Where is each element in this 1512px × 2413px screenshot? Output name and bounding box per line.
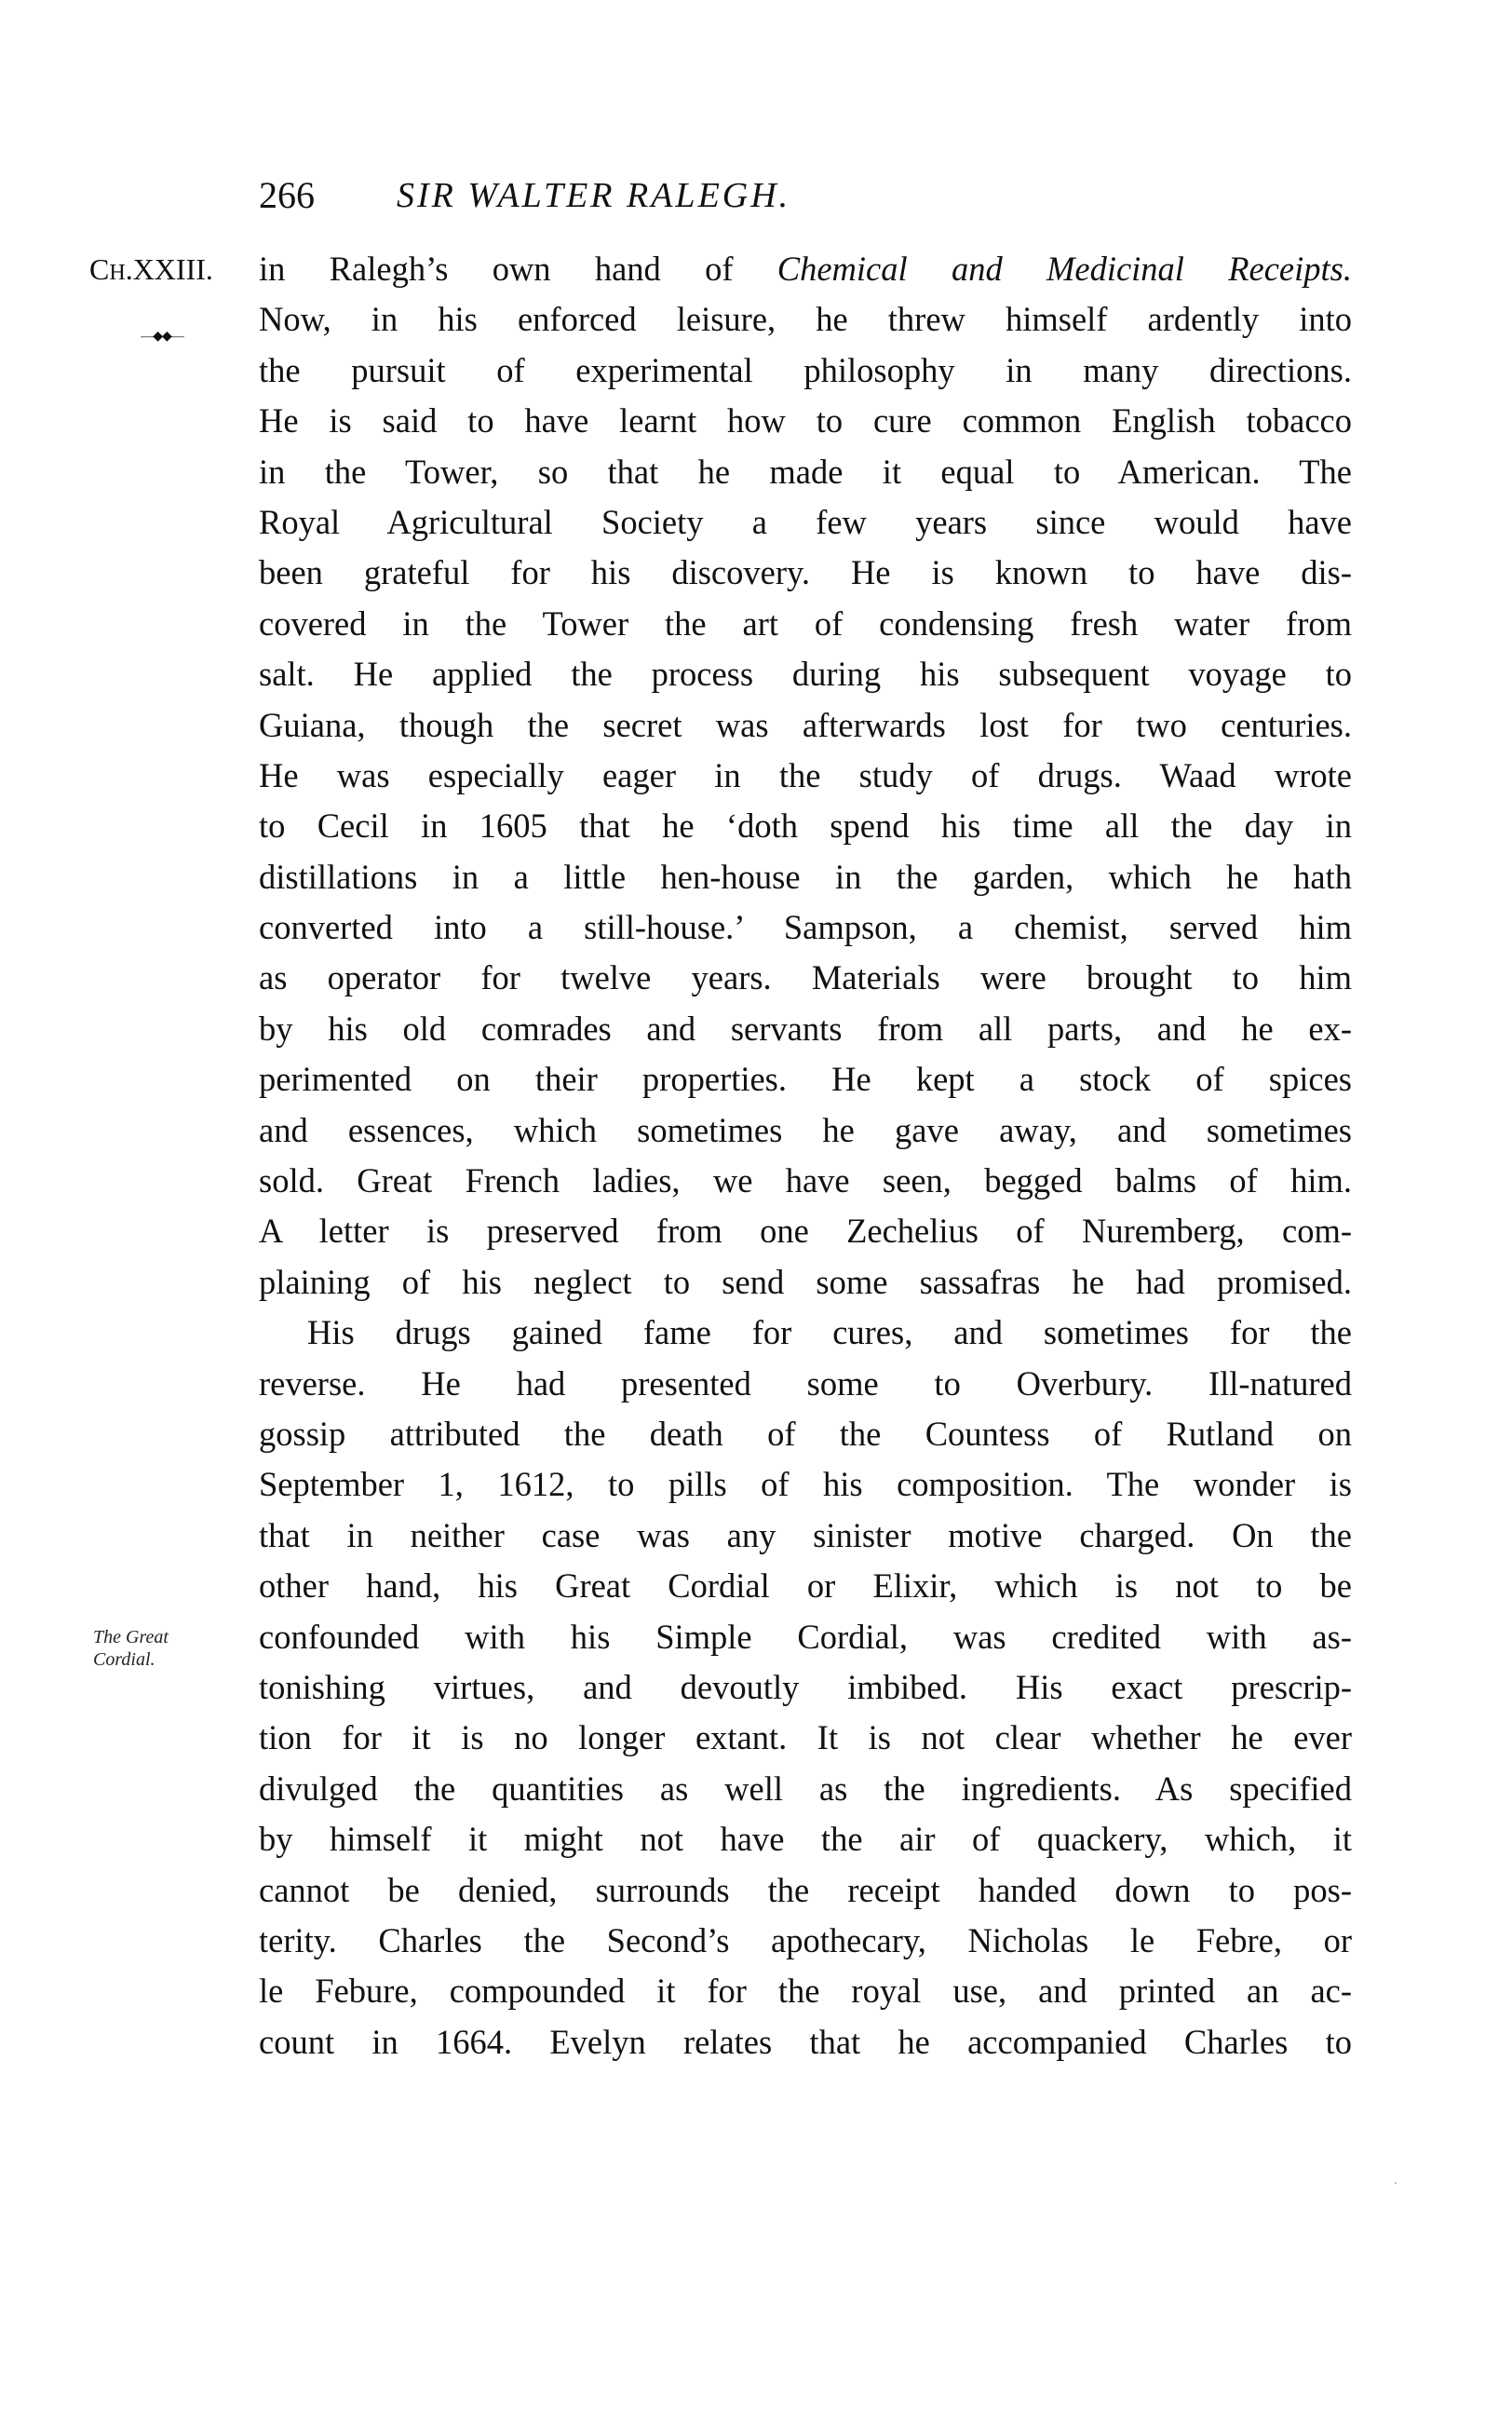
text-line: He was especially eager in the study of … <box>259 751 1352 801</box>
text-line: sold. Great French ladies, we have seen,… <box>259 1156 1352 1206</box>
text-line: le Febure, compounded it for the royal u… <box>259 1966 1352 2016</box>
text-line: and essences, which sometimes he gave aw… <box>259 1105 1352 1156</box>
text-line: converted into a still-house.’ Sampson, … <box>259 902 1352 953</box>
text-line: tion for it is no longer extant. It is n… <box>259 1713 1352 1763</box>
page-number: 266 <box>259 168 315 224</box>
text-line: September 1, 1612, to pills of his compo… <box>259 1459 1352 1510</box>
side-note-line: The Great <box>93 1626 233 1648</box>
text-line: cannot be denied, surrounds the receipt … <box>259 1865 1352 1916</box>
running-head: 266 SIR WALTER RALEGH. <box>259 168 1352 224</box>
ornament-diamonds-icon: —◆◆— <box>136 326 188 348</box>
text-line: that in neither case was any sinister mo… <box>259 1511 1352 1561</box>
paragraph-first-line: His drugs gained fame for cures, and som… <box>259 1308 1352 1358</box>
scan-speck <box>1395 2182 1397 2184</box>
text-line: Guiana, though the secret was afterwards… <box>259 700 1352 751</box>
text-line: reverse. He had presented some to Overbu… <box>259 1359 1352 1409</box>
chapter-number: .XXIII. <box>126 252 213 286</box>
text-line: the pursuit of experimental philosophy i… <box>259 346 1352 396</box>
text-line: Royal Agricultural Society a few years s… <box>259 497 1352 548</box>
text-line: divulged the quantities as well as the i… <box>259 1764 1352 1814</box>
chapter-label-prefix: C <box>89 252 109 286</box>
text-line: by his old comrades and servants from al… <box>259 1004 1352 1054</box>
text-segment: in Ralegh’s own hand of <box>259 250 777 288</box>
text-line: in Ralegh’s own hand of Chemical and Med… <box>259 244 1352 294</box>
text-line: other hand, his Great Cordial or Elixir,… <box>259 1561 1352 1611</box>
chapter-label-smallcaps: H <box>109 261 125 285</box>
text-line: A letter is preserved from one Zechelius… <box>259 1206 1352 1256</box>
text-line: in the Tower, so that he made it equal t… <box>259 447 1352 497</box>
side-note-line: Cordial. <box>93 1648 233 1671</box>
side-note: The Great Cordial. <box>93 1626 233 1671</box>
italic-title: Chemical and Medicinal Receipts. <box>777 250 1352 288</box>
text-line: to Cecil in 1605 that he ‘doth spend his… <box>259 801 1352 851</box>
text-line: salt. He applied the process during his … <box>259 649 1352 699</box>
text-line: tonishing virtues, and devoutly imbibed.… <box>259 1662 1352 1713</box>
text-line: distillations in a little hen-house in t… <box>259 852 1352 902</box>
text-line: been grateful for his discovery. He is k… <box>259 548 1352 598</box>
text-line: perimented on their properties. He kept … <box>259 1054 1352 1105</box>
body-text: in Ralegh’s own hand of Chemical and Med… <box>259 244 1352 2067</box>
running-title: SIR WALTER RALEGH. <box>397 168 790 224</box>
text-line: He is said to have learnt how to cure co… <box>259 396 1352 446</box>
text-line: by himself it might not have the air of … <box>259 1814 1352 1864</box>
text-line: as operator for twelve years. Materials … <box>259 953 1352 1003</box>
chapter-label: CH.XXIII. <box>89 244 213 298</box>
text-line: confounded with his Simple Cordial, was … <box>259 1612 1352 1662</box>
text-line: Now, in his enforced leisure, he threw h… <box>259 294 1352 345</box>
text-line: count in 1664. Evelyn relates that he ac… <box>259 2017 1352 2067</box>
text-line: gossip attributed the death of the Count… <box>259 1409 1352 1459</box>
text-line: covered in the Tower the art of condensi… <box>259 599 1352 649</box>
text-line: plaining of his neglect to send some sas… <box>259 1257 1352 1308</box>
text-line: terity. Charles the Second’s apothecary,… <box>259 1916 1352 1966</box>
